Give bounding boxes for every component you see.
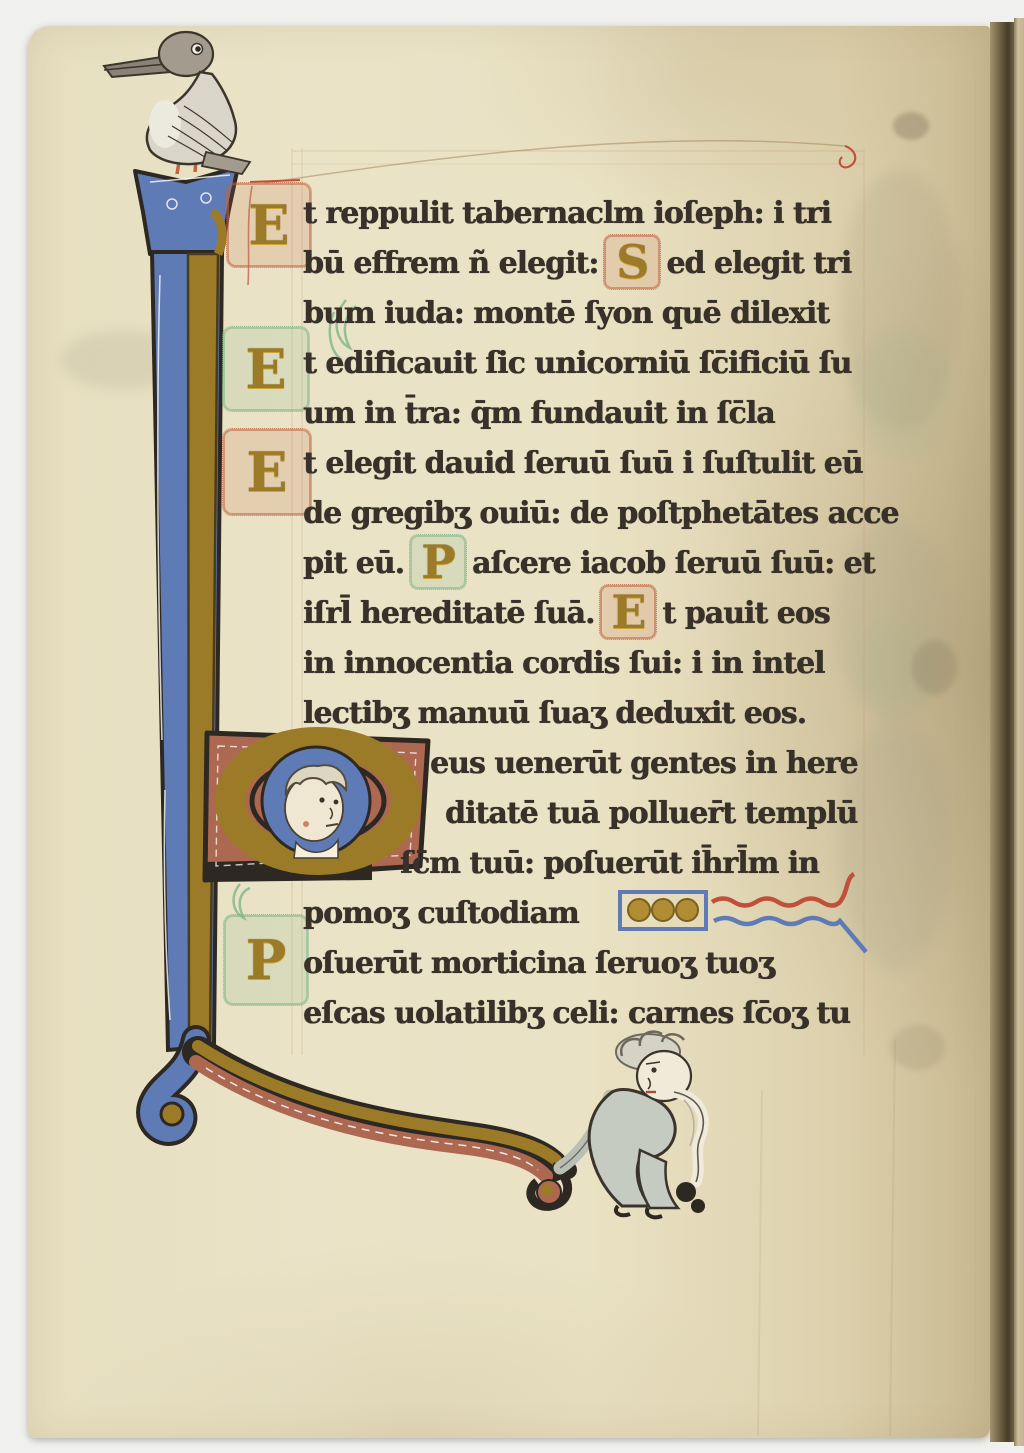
book-gutter xyxy=(990,22,1014,1442)
manuscript-photo: { "document": { "kind": "illuminated man… xyxy=(0,0,1024,1453)
text-line: ditatē tuā polluer̄t templū xyxy=(445,788,857,838)
text-line: iſrl̄ hereditatē ſuā.Et pauit eos xyxy=(303,588,830,638)
text-line: bum iuda: montē ſyon quē dilexit xyxy=(303,288,829,338)
text-line: eſcas uolatilibʒ celi: carnes ſc̄oʒ tu xyxy=(303,988,850,1038)
versal-letter: S xyxy=(616,239,648,285)
text-line: t elegit dauid ſeruū ſuū i ſuſtulit eū xyxy=(303,438,863,488)
text-line: bū effrem ñ elegit:Sed elegit tri xyxy=(303,238,851,288)
versal-letter: P xyxy=(421,539,455,585)
text-line: eus uenerūt gentes in here xyxy=(430,738,858,788)
inline-initial-e: E xyxy=(599,584,657,640)
text-line: oſuerūt morticina ſeruoʒ tuoʒ xyxy=(303,938,774,988)
text-line: ſc̄m tuū: poſuerūt ih̄rl̄m in xyxy=(400,838,819,888)
text-line: um in t̄ra: q̄m fundauit in ſc̄la xyxy=(303,388,775,438)
text-line: de gregibʒ ouiū: de poſtphetātes acce xyxy=(303,488,899,538)
text-line: pomoʒ cuſtodiam xyxy=(303,888,579,938)
text-line: t reppulit tabernaclm ioſeph: i tri xyxy=(303,188,831,238)
text-line: pit eū.Paſcere iacob ſeruū ſuū: et xyxy=(303,538,874,588)
text-block: t reppulit tabernaclm ioſeph: i tribū ef… xyxy=(0,0,1024,1453)
text-line: lectibʒ manuū ſuaʒ deduxit eos. xyxy=(303,688,806,738)
text-line: t edificauit ſic unicorniū ſc̄ificiū ſu xyxy=(303,338,851,388)
text-line: in innocentia cordis ſui: i in intel xyxy=(303,638,824,688)
versal-letter: E xyxy=(611,589,645,635)
inline-initial-p: P xyxy=(409,534,467,590)
facing-page-edge xyxy=(1014,18,1024,1446)
inline-initial-s: S xyxy=(603,234,661,290)
